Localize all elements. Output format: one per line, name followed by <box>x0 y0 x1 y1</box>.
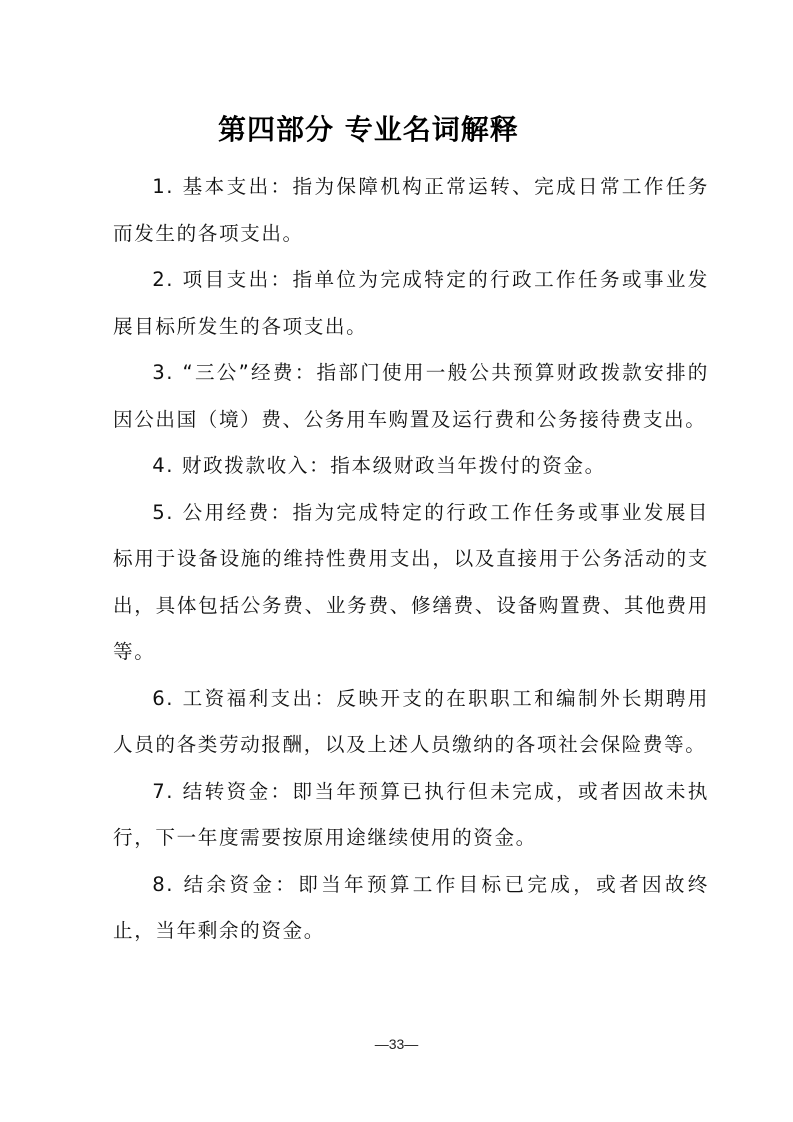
page-number: —33— <box>0 1036 793 1052</box>
definition-basic-expenditure: 1. 基本支出：指为保障机构正常运转、完成日常工作任务而发生的各项支出。 <box>113 164 709 257</box>
definition-three-public-expenses: 3. “三公”经费：指部门使用一般公共预算财政拨款安排的因公出国（境）费、公务用… <box>113 350 709 443</box>
definitions-list: 1. 基本支出：指为保障机构正常运转、完成日常工作任务而发生的各项支出。 2. … <box>113 164 709 955</box>
definition-project-expenditure: 2. 项目支出：指单位为完成特定的行政工作任务或事业发展目标所发生的各项支出。 <box>113 257 709 350</box>
definition-carryover-funds: 7. 结转资金：即当年预算已执行但未完成，或者因故未执行，下一年度需要按原用途继… <box>113 769 709 862</box>
section-title: 第四部分 专业名词解释 <box>218 108 538 148</box>
definition-wage-welfare-expenditure: 6. 工资福利支出：反映开支的在职职工和编制外长期聘用人员的各类劳动报酬，以及上… <box>113 676 709 769</box>
definition-public-expenses: 5. 公用经费：指为完成特定的行政工作任务或事业发展目标用于设备设施的维持性费用… <box>113 490 709 676</box>
definition-fiscal-appropriation-income: 4. 财政拨款收入：指本级财政当年拨付的资金。 <box>113 443 709 490</box>
definition-surplus-funds: 8. 结余资金：即当年预算工作目标已完成，或者因故终止，当年剩余的资金。 <box>113 862 709 955</box>
